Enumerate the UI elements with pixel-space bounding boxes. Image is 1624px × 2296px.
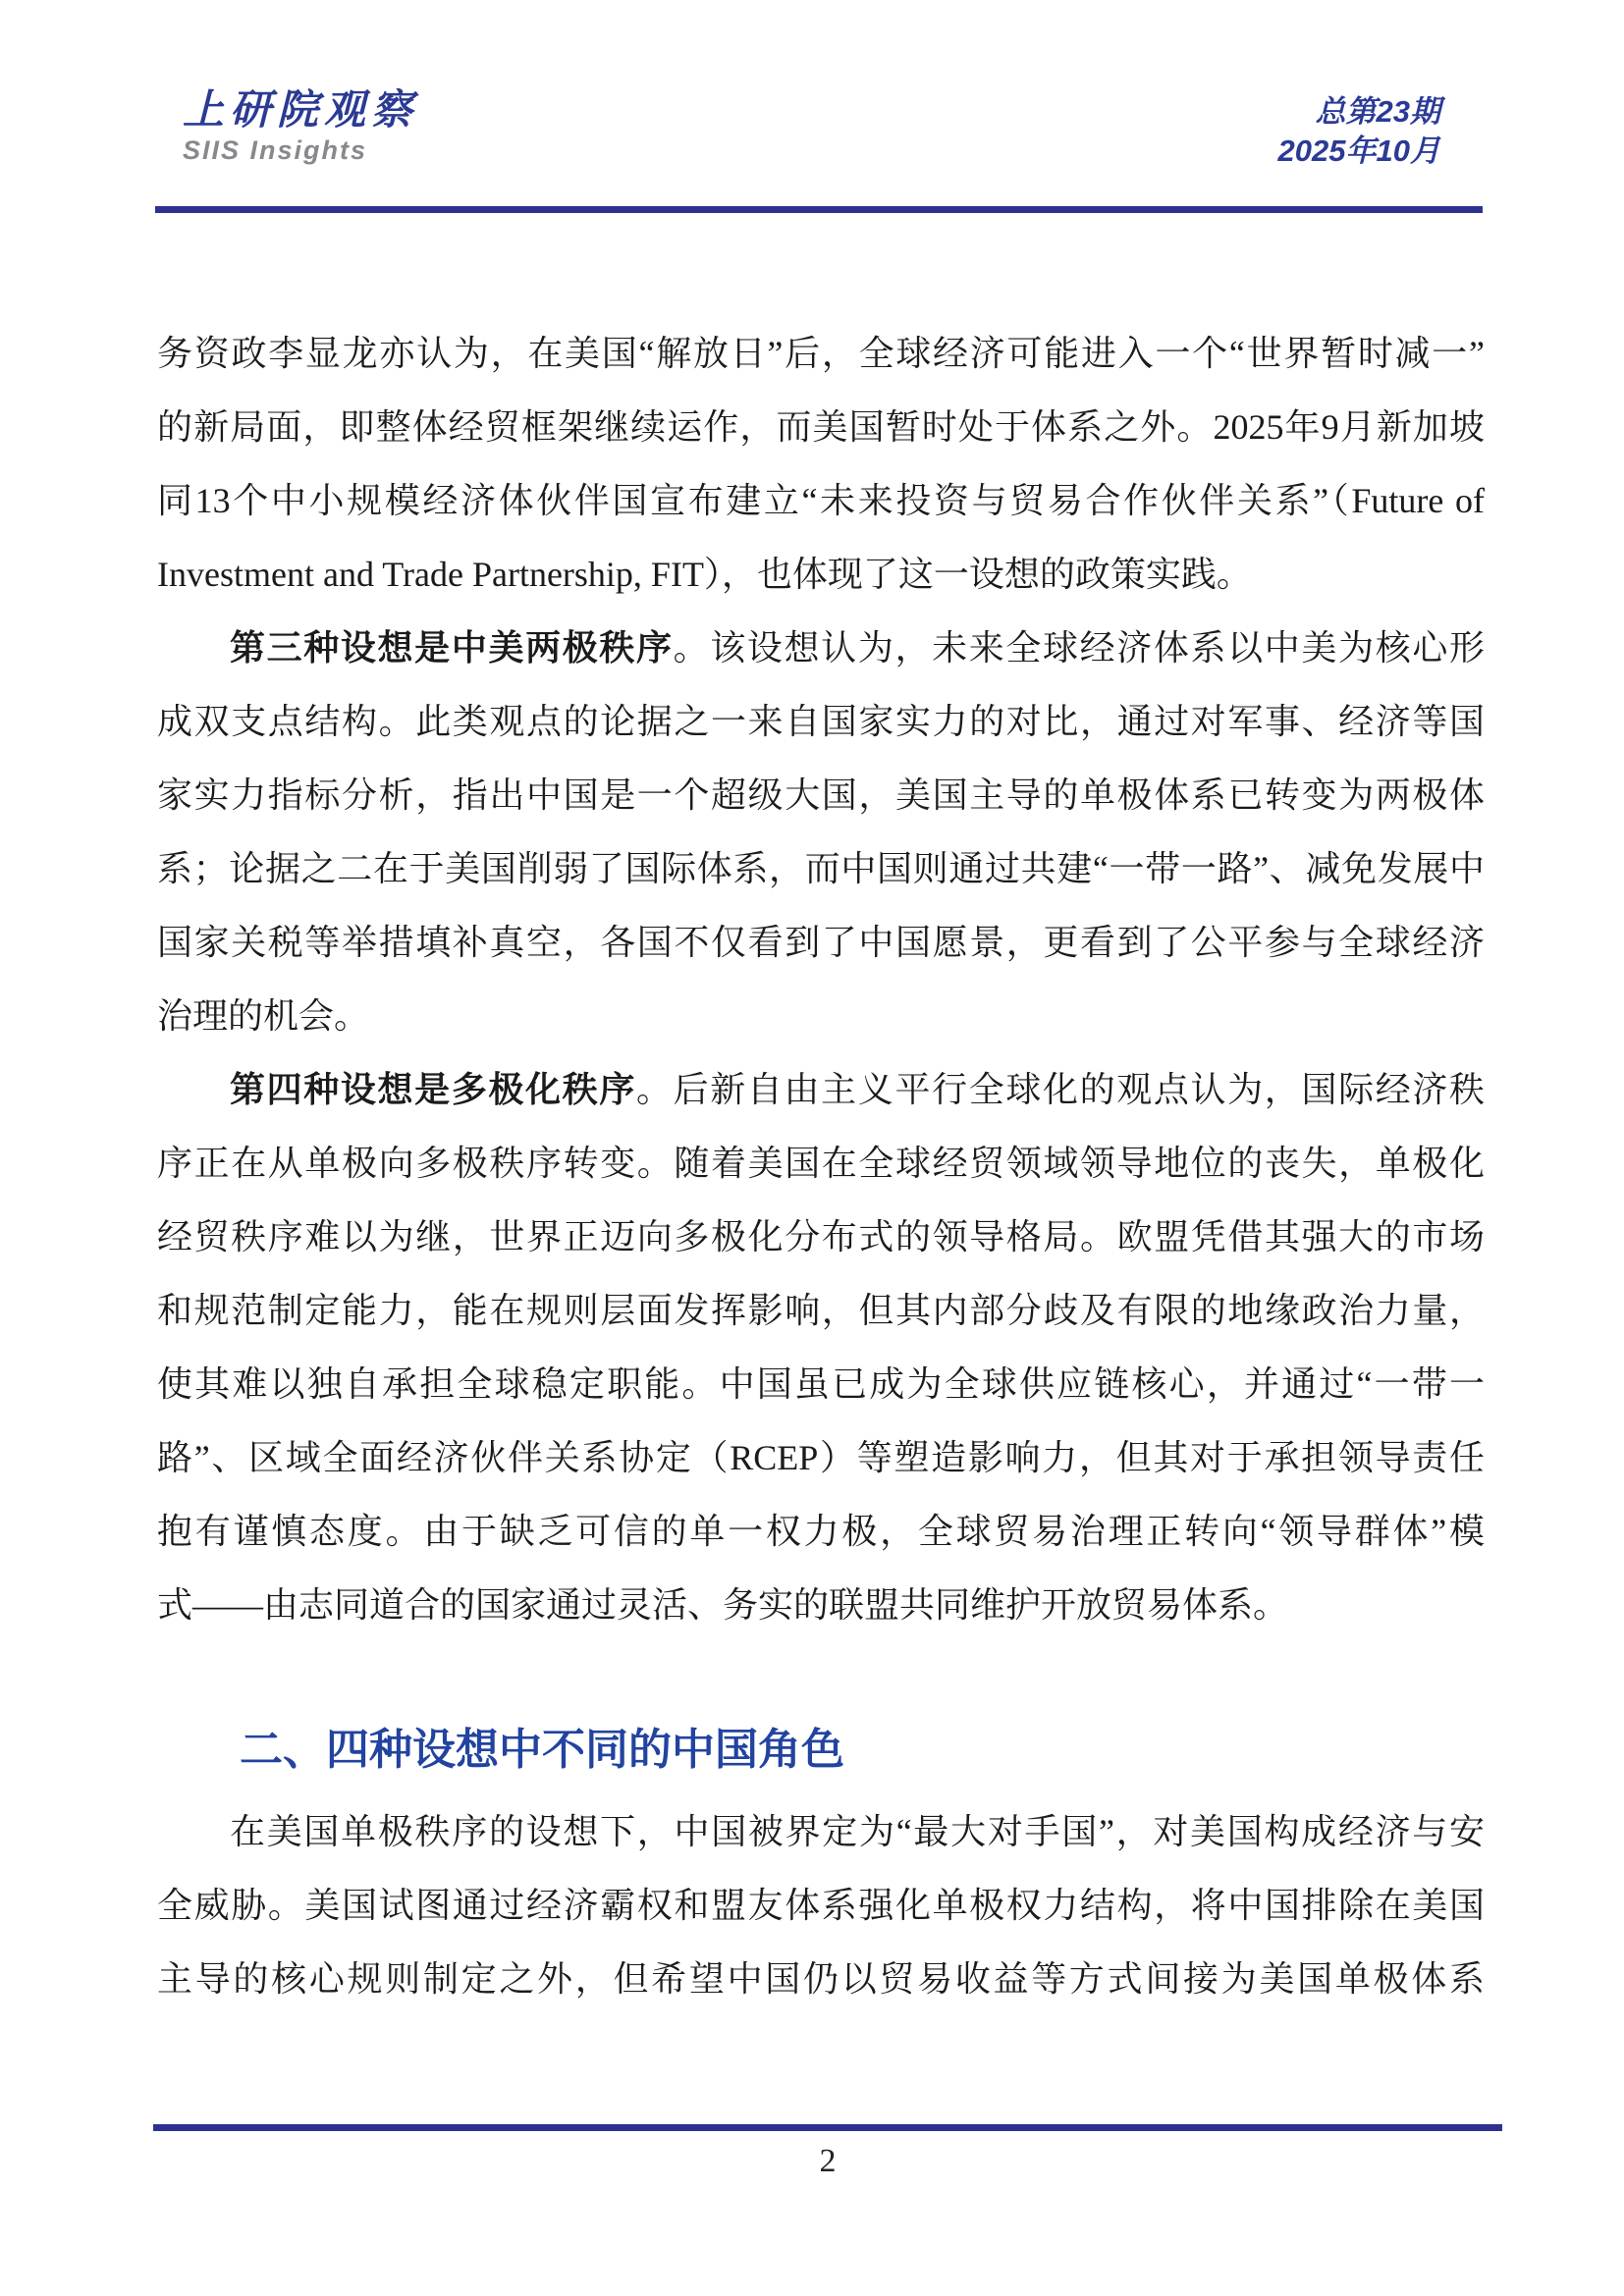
header-divider: [155, 206, 1483, 213]
text-line: 主导的核心规则制定之外，但希望中国仍以贸易收益等方式间接为美国单极体系: [157, 1943, 1485, 2016]
logo-english: SIIS Insights: [183, 135, 367, 165]
text-line: 的新局面，即整体经贸框架继续运作，而美国暂时处于体系之外。2025年9月新加坡: [157, 391, 1485, 464]
text-line: 在美国单极秩序的设想下，中国被界定为“最大对手国”，对美国构成经济与安: [157, 1795, 1485, 1869]
text-line: 成双支点结构。此类观点的论据之一来自国家实力的对比，通过对军事、经济等国: [157, 685, 1485, 759]
page-number: 2: [153, 2142, 1502, 2181]
text-line: 家实力指标分析，指出中国是一个超级大国，美国主导的单极体系已转变为两极体: [157, 759, 1485, 832]
issue-info: 总第23期 2025年10月: [1278, 92, 1440, 171]
text-line: 和规范制定能力，能在规则层面发挥影响，但其内部分歧及有限的地缘政治力量，: [157, 1274, 1485, 1348]
document-page: 上研院观察 SIIS Insights 总第23期 2025年10月 务资政李显…: [0, 0, 1624, 2296]
text-line: 系；论据之二在于美国削弱了国际体系，而中国则通过共建“一带一路”、减免发展中: [157, 832, 1485, 906]
text-line: 第四种设想是多极化秩序。后新自由主义平行全球化的观点认为，国际经济秩: [157, 1053, 1485, 1127]
text-line: Investment and Trade Partnership, FIT），也…: [157, 538, 1485, 612]
text-line: 路”、区域全面经济伙伴关系协定（RCEP）等塑造影响力，但其对于承担领导责任: [157, 1421, 1485, 1495]
text-line: 式——由志同道合的国家通过灵活、务实的联盟共同维护开放贸易体系。: [157, 1569, 1485, 1642]
text-line: 治理的机会。: [157, 980, 1485, 1053]
text-line: 同13个中小规模经济体伙伴国宣布建立“未来投资与贸易合作伙伴关系”（Future…: [157, 464, 1485, 538]
paragraph-lead: 第三种设想是中美两极秩序: [230, 628, 674, 667]
text-line: 经贸秩序难以为继，世界正迈向多极化分布式的领导格局。欧盟凭借其强大的市场: [157, 1201, 1485, 1274]
issue-date: 2025年10月: [1278, 132, 1440, 171]
text-line: 使其难以独自承担全球稳定职能。中国虽已成为全球供应链核心，并通过“一带一: [157, 1348, 1485, 1421]
article-body: 务资政李显龙亦认为，在美国“解放日”后，全球经济可能进入一个“世界暂时减一”的新…: [157, 317, 1485, 2016]
logo-chinese: 上研院观察: [183, 88, 418, 133]
text-line: 第三种设想是中美两极秩序。该设想认为，未来全球经济体系以中美为核心形: [157, 612, 1485, 685]
section-heading: 二、四种设想中不同的中国角色: [157, 1711, 1485, 1789]
text-line: 务资政李显龙亦认为，在美国“解放日”后，全球经济可能进入一个“世界暂时减一”: [157, 317, 1485, 391]
issue-number: 总第23期: [1278, 92, 1440, 132]
text-line: 国家关税等举措填补真空，各国不仅看到了中国愿景，更看到了公平参与全球经济: [157, 906, 1485, 980]
text-line: 抱有谨慎态度。由于缺乏可信的单一权力极，全球贸易治理正转向“领导群体”模: [157, 1495, 1485, 1569]
paragraph-lead: 第四种设想是多极化秩序: [230, 1070, 636, 1109]
footer-divider: [153, 2124, 1502, 2131]
text-line: 全威胁。美国试图通过经济霸权和盟友体系强化单极权力结构，将中国排除在美国: [157, 1869, 1485, 1943]
text-line: 序正在从单极向多极秩序转变。随着美国在全球经贸领域领导地位的丧失，单极化: [157, 1127, 1485, 1201]
